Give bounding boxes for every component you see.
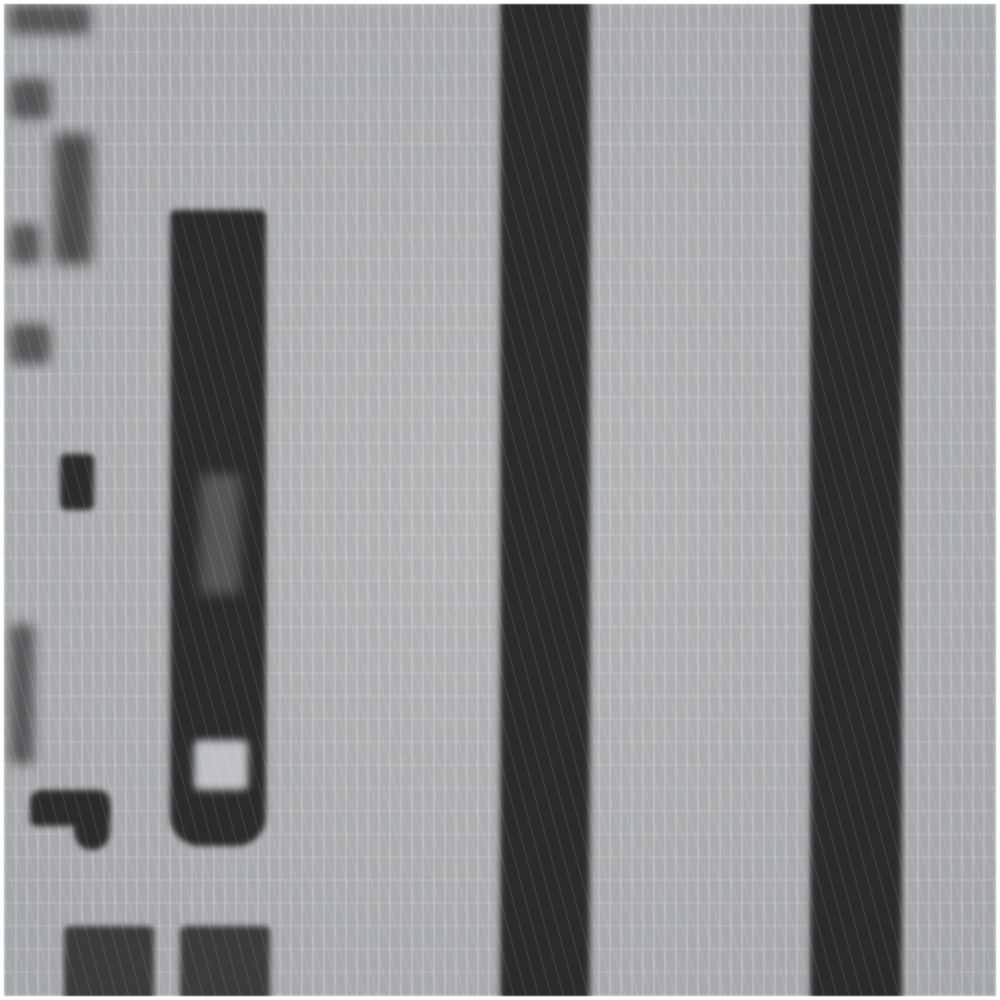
wide-bar-right xyxy=(810,4,902,996)
left-blotch-6 xyxy=(10,624,34,764)
left-bar-notch xyxy=(194,740,248,790)
left-blotch-5 xyxy=(60,454,94,510)
left-blotch-2 xyxy=(54,134,92,264)
left-blotch-3 xyxy=(10,224,40,264)
left-blotch-top xyxy=(10,4,90,34)
left-blotch-1 xyxy=(10,79,50,119)
bottom-left-curve-tail xyxy=(74,804,110,850)
left-blotch-4 xyxy=(10,324,50,364)
wide-bar-middle xyxy=(500,4,590,996)
bottom-square-2 xyxy=(180,926,270,996)
left-bar-inner-smudge xyxy=(200,474,240,594)
macro-photo xyxy=(4,4,996,996)
bottom-square-1 xyxy=(64,926,154,996)
